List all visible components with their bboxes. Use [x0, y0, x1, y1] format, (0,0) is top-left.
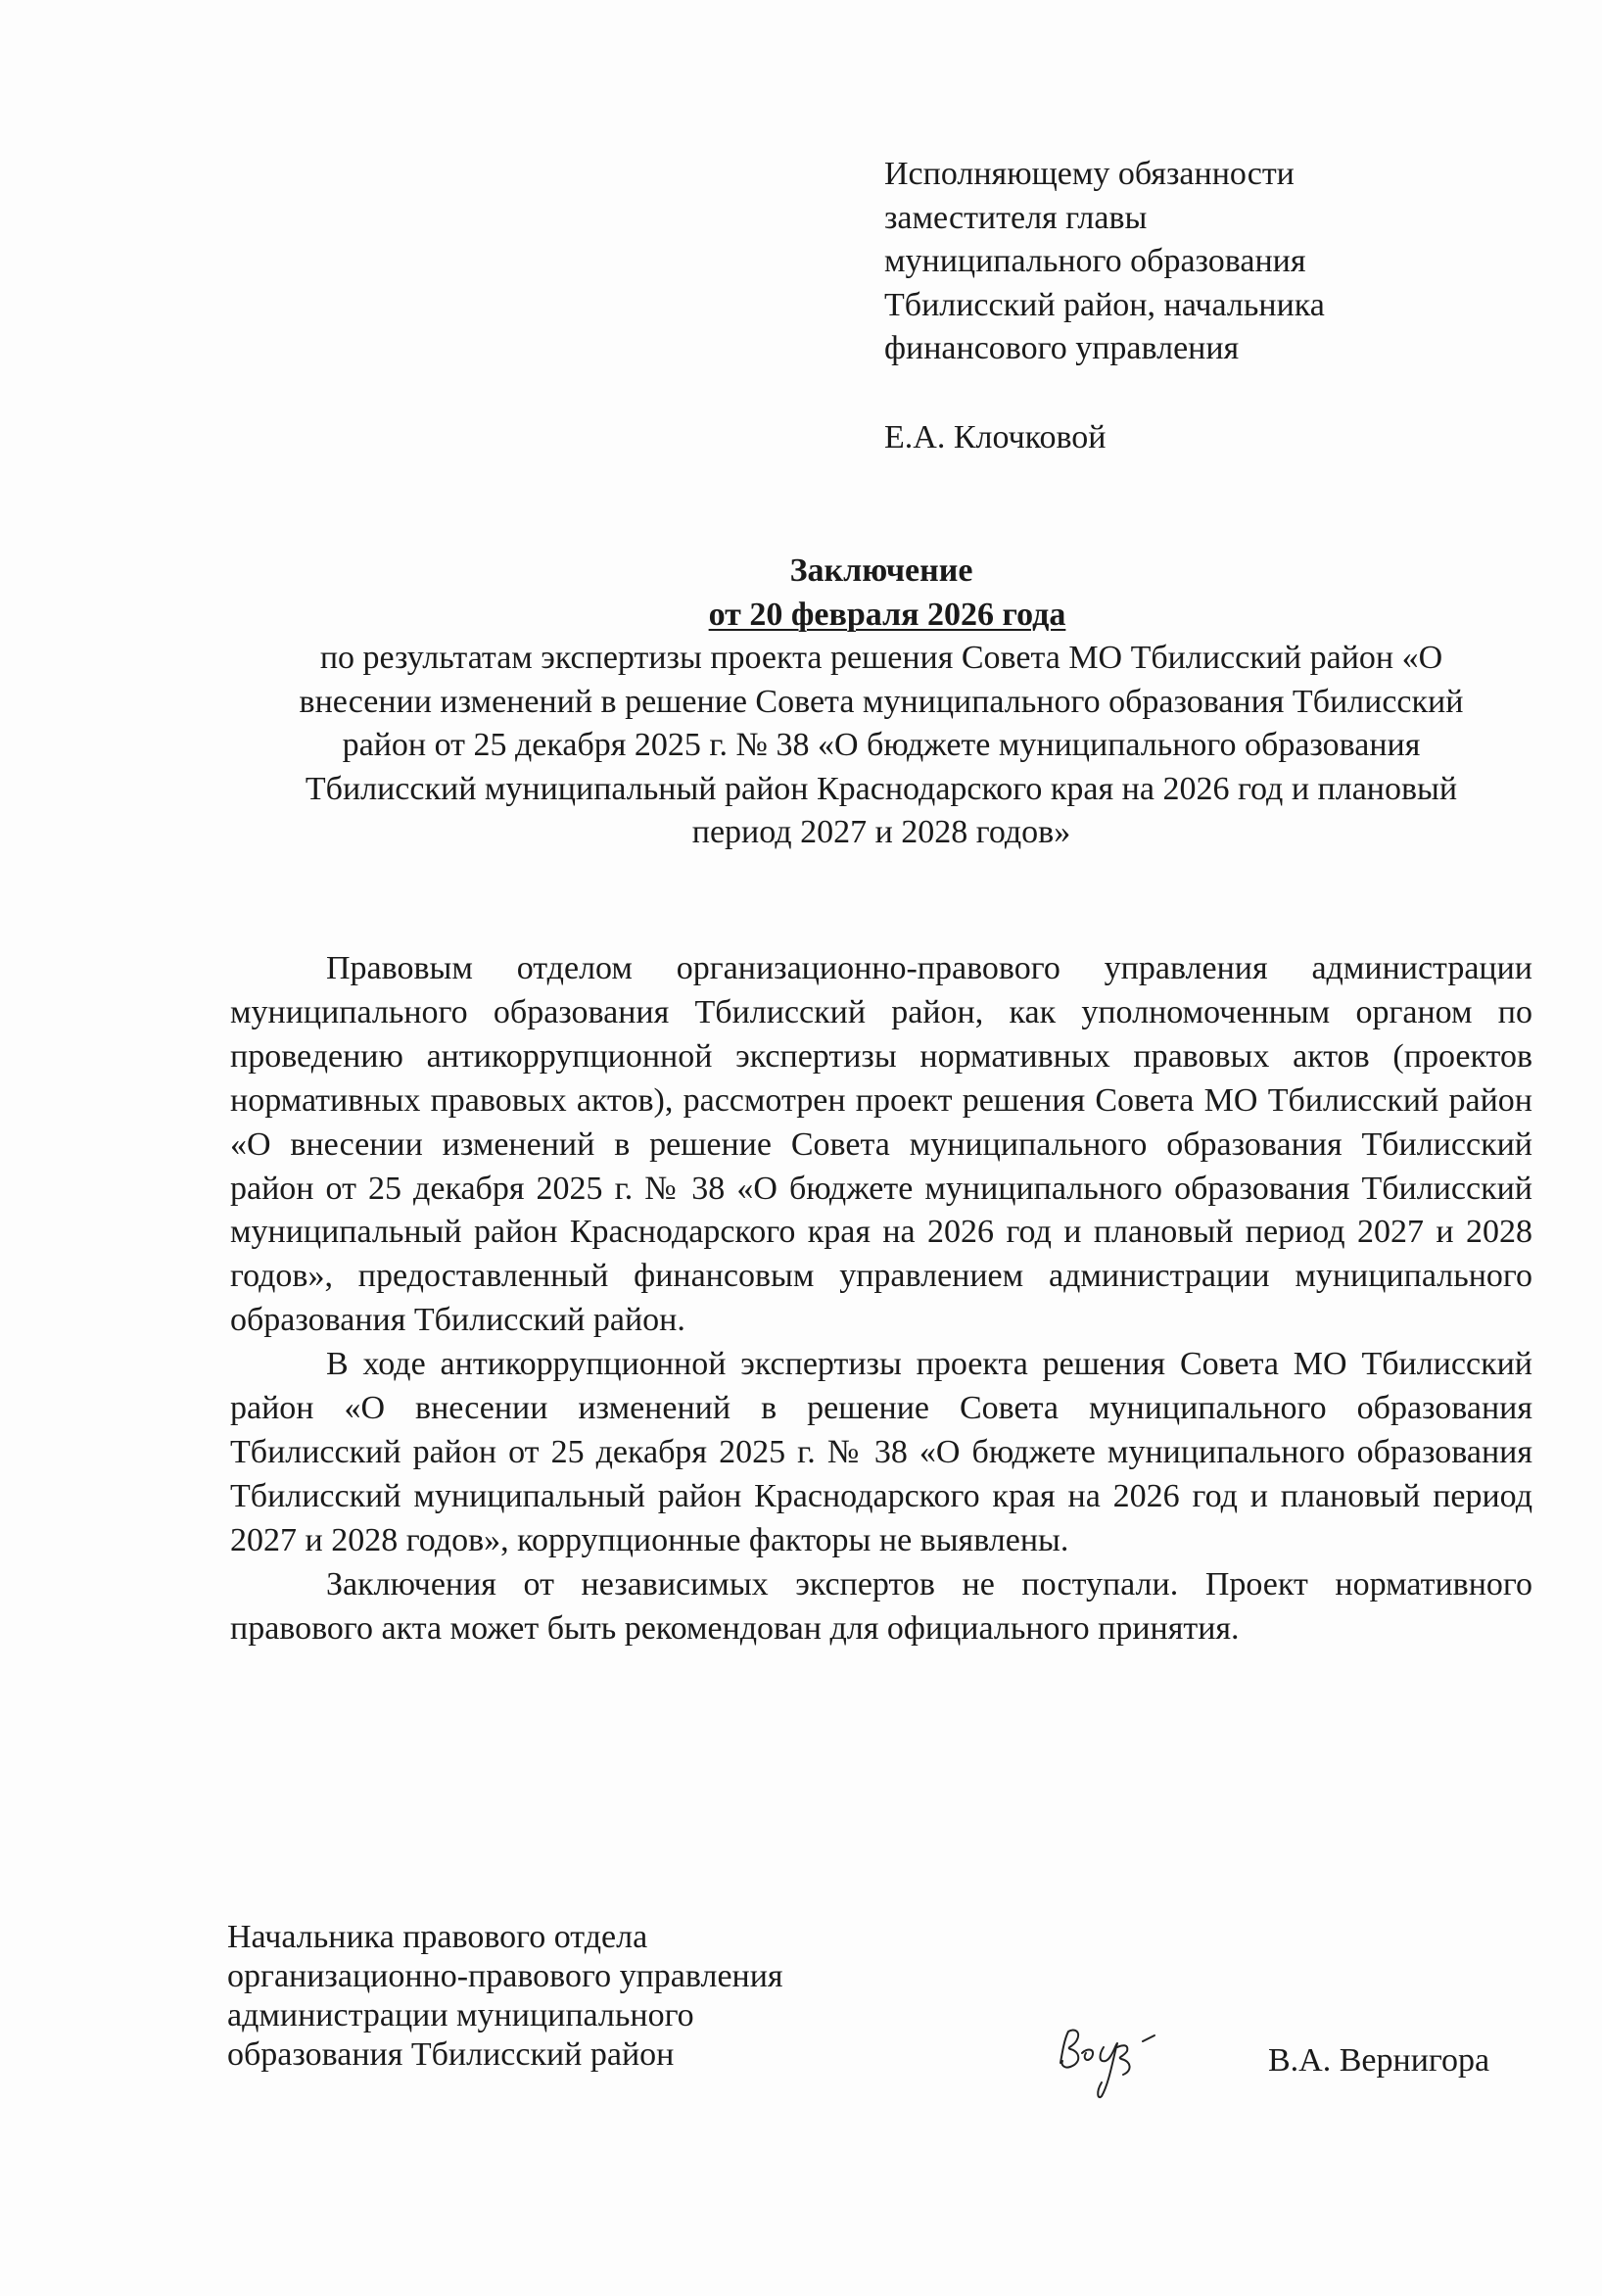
signatory-position-line: администрации муниципального: [227, 1996, 913, 2035]
spacer: [884, 371, 1550, 417]
body-paragraph: Правовым отделом организационно-правовог…: [230, 947, 1532, 1343]
document-title-block: Заключение от 20 февраля 2026 года по ре…: [230, 550, 1532, 855]
addressee-line: заместителя главы: [884, 197, 1550, 241]
signatory-position: Начальника правового отдела организацион…: [227, 1918, 913, 2075]
signatory-position-line: организационно-правового управления: [227, 1957, 913, 1996]
document-page: Исполняющему обязанности заместителя гла…: [0, 0, 1602, 2296]
body-paragraph: В ходе антикоррупционной экспертизы прое…: [230, 1343, 1532, 1563]
document-title: Заключение: [230, 550, 1532, 594]
addressee-block: Исполняющему обязанности заместителя гла…: [884, 153, 1550, 460]
addressee-line: Тбилисский район, начальника: [884, 284, 1550, 328]
signatory-position-line: образования Тбилисский район: [227, 2035, 913, 2075]
addressee-line: финансового управления: [884, 327, 1550, 371]
signatory-position-line: Начальника правового отдела: [227, 1918, 913, 1957]
document-subtitle: по результатам экспертизы проекта решени…: [230, 637, 1532, 855]
document-date: от 20 февраля 2026 года: [230, 594, 1532, 638]
signer-name: В.А. Вернигора: [1268, 2039, 1489, 2082]
body-paragraph: Заключения от независимых экспертов не п…: [230, 1563, 1532, 1651]
addressee-line: муниципального образования: [884, 240, 1550, 284]
document-body: Правовым отделом организационно-правовог…: [230, 947, 1532, 1651]
addressee-line: Исполняющему обязанности: [884, 153, 1550, 197]
handwritten-signature-icon: [1053, 2024, 1190, 2102]
addressee-name: Е.А. Клочковой: [884, 416, 1550, 460]
